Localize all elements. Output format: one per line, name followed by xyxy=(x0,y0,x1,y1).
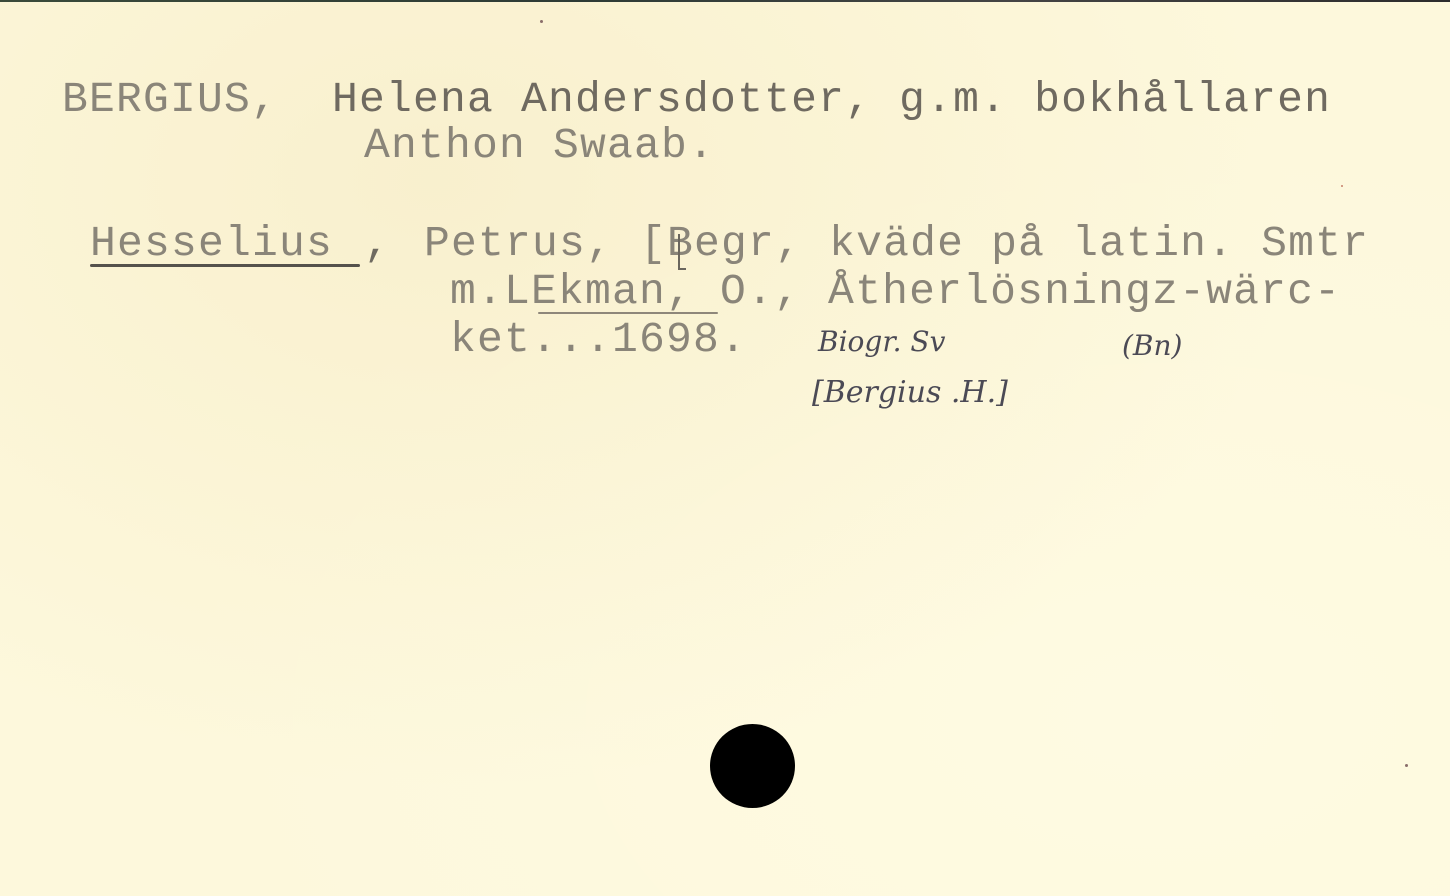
entry1-surname: BERGIUS, xyxy=(62,78,278,121)
ekman-underline xyxy=(538,312,718,314)
handwritten-note-bn: (Bn) xyxy=(1122,332,1182,360)
catalog-card: BERGIUS, Helena Andersdotter, g.m. bokhå… xyxy=(0,2,1450,896)
entry2-line2-text: m.LEkman, O., Åtherlösningz-wärc- xyxy=(450,270,1341,313)
entry2-heading-comma: , xyxy=(364,222,391,265)
paper-speck xyxy=(540,20,543,23)
entry2-line1-text: Petrus, [Begr, kväde på latin. Smtr xyxy=(424,222,1369,265)
punch-hole xyxy=(710,724,795,808)
paper-speck xyxy=(1341,185,1343,187)
entry2-heading: Hesselius xyxy=(90,222,333,265)
bracket-pencil-mark xyxy=(678,234,686,270)
entry1-line2-text: Anthon Swaab. xyxy=(364,124,715,167)
entry1-line1-text: Helena Andersdotter, g.m. bokhållaren xyxy=(332,78,1331,121)
entry2-line3-text: ket...1698. xyxy=(450,318,747,361)
handwritten-note-biogr: Biogr. Sv xyxy=(818,328,945,356)
handwritten-note-bergius: [Bergius .H.] xyxy=(812,378,1008,408)
paper-speck xyxy=(1405,764,1408,767)
heading-underline xyxy=(90,264,360,267)
